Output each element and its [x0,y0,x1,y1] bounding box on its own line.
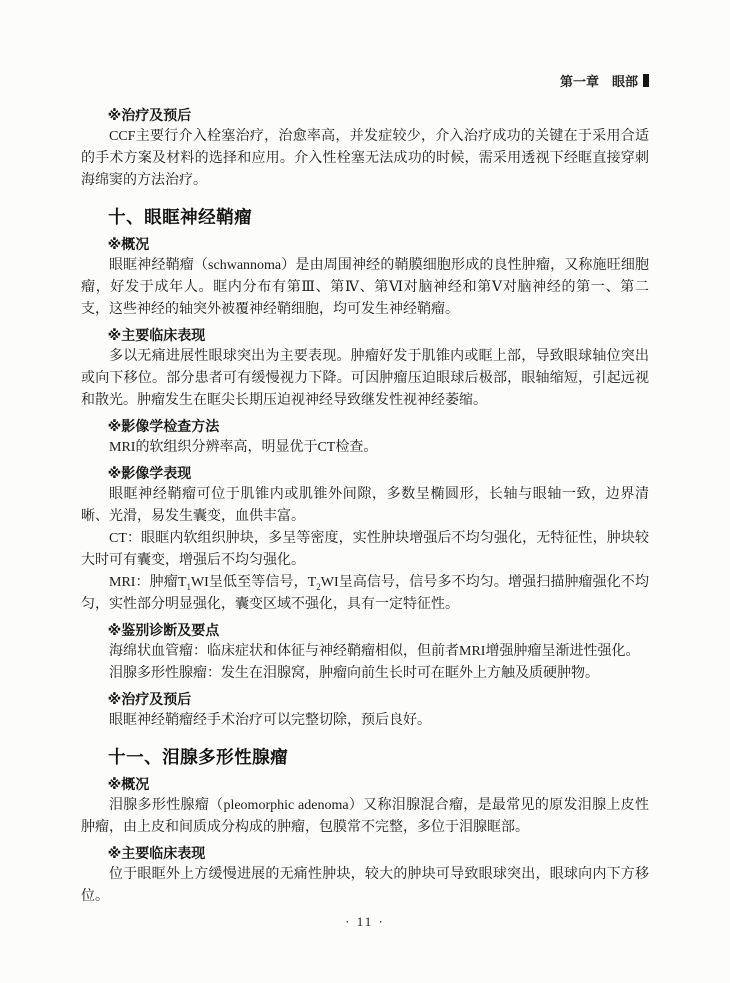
document-page: 第一章 眼部 ※治疗及预后 CCF主要行介入栓塞治疗，治愈率高，并发症较少，介入… [0,0,730,983]
section-title-11-lacrimal-pleomorphic-adenoma: 十一、泪腺多形性腺瘤 [81,744,649,770]
heading-clinical-s10: ※主要临床表现 [81,324,649,346]
page-header: 第一章 眼部 [81,72,649,88]
paragraph-imaging-general-s10: 眼眶神经鞘瘤可位于肌锥内或肌锥外间隙，多数呈椭圆形，长轴与眼轴一致，边界清晰、光… [81,484,649,528]
paragraph-ct-findings-s10: CT：眼眶内软组织肿块，多呈等密度，实性肿块增强后不均匀强化，无特征性，肿块较大… [81,528,649,572]
paragraph-overview-s11: 泪腺多形性腺瘤（pleomorphic adenoma）又称泪腺混合瘤，是最常见… [81,795,649,839]
heading-clinical-s11: ※主要临床表现 [81,842,649,864]
heading-overview-s11: ※概况 [81,773,649,795]
paragraph-overview-s10: 眼眶神经鞘瘤（schwannoma）是由周围神经的鞘膜细胞形成的良性肿瘤，又称施… [81,255,649,321]
paragraph-ccf-treatment: CCF主要行介入栓塞治疗，治愈率高，并发症较少，介入治疗成功的关键在于采用合适的… [81,126,649,192]
mri-text-b: WI呈低至等信号，T [191,575,316,590]
running-head-section: 眼部 [612,71,638,90]
heading-treatment-prognosis-ccf: ※治疗及预后 [81,104,649,126]
paragraph-clinical-s11: 位于眼眶外上方缓慢进展的无痛性肿块，较大的肿块可导致眼球突出，眼球向内下方移位。 [81,864,649,908]
heading-imaging-method-s10: ※影像学检查方法 [81,415,649,437]
paragraph-clinical-s10: 多以无痛进展性眼球突出为主要表现。肿瘤好发于肌锥内或眶上部，导致眼球轴位突出或向… [81,346,649,412]
heading-treatment-prognosis-s10: ※治疗及预后 [81,688,649,710]
running-head-chapter: 第一章 [560,71,599,90]
paragraph-imaging-method-s10: MRI的软组织分辨率高，明显优于CT检查。 [81,437,649,459]
paragraph-ddx-hemangioma-s10: 海绵状血管瘤：临床症状和体征与神经鞘瘤相似，但前者MRI增强肿瘤呈渐进性强化。 [81,641,649,663]
chapter-marker-bar [643,74,649,87]
heading-overview-s10: ※概况 [81,233,649,255]
mri-text-a: MRI：肿瘤T [109,575,186,590]
paragraph-ddx-pleomorphic-s10: 泪腺多形性腺瘤：发生在泪腺窝，肿瘤向前生长时可在眶外上方触及质硬肿物。 [81,663,649,685]
page-number: · 11 · [0,914,730,930]
paragraph-treatment-s10: 眼眶神经鞘瘤经手术治疗可以完整切除，预后良好。 [81,710,649,732]
paragraph-mri-findings-s10: MRI：肿瘤T1WI呈低至等信号，T2WI呈高信号，信号多不均匀。增强扫描肿瘤强… [81,572,649,616]
document-body: ※治疗及预后 CCF主要行介入栓塞治疗，治愈率高，并发症较少，介入治疗成功的关键… [81,104,649,908]
heading-differential-diagnosis-s10: ※鉴别诊断及要点 [81,619,649,641]
section-title-10-orbital-schwannoma: 十、眼眶神经鞘瘤 [81,204,649,230]
heading-imaging-findings-s10: ※影像学表现 [81,462,649,484]
